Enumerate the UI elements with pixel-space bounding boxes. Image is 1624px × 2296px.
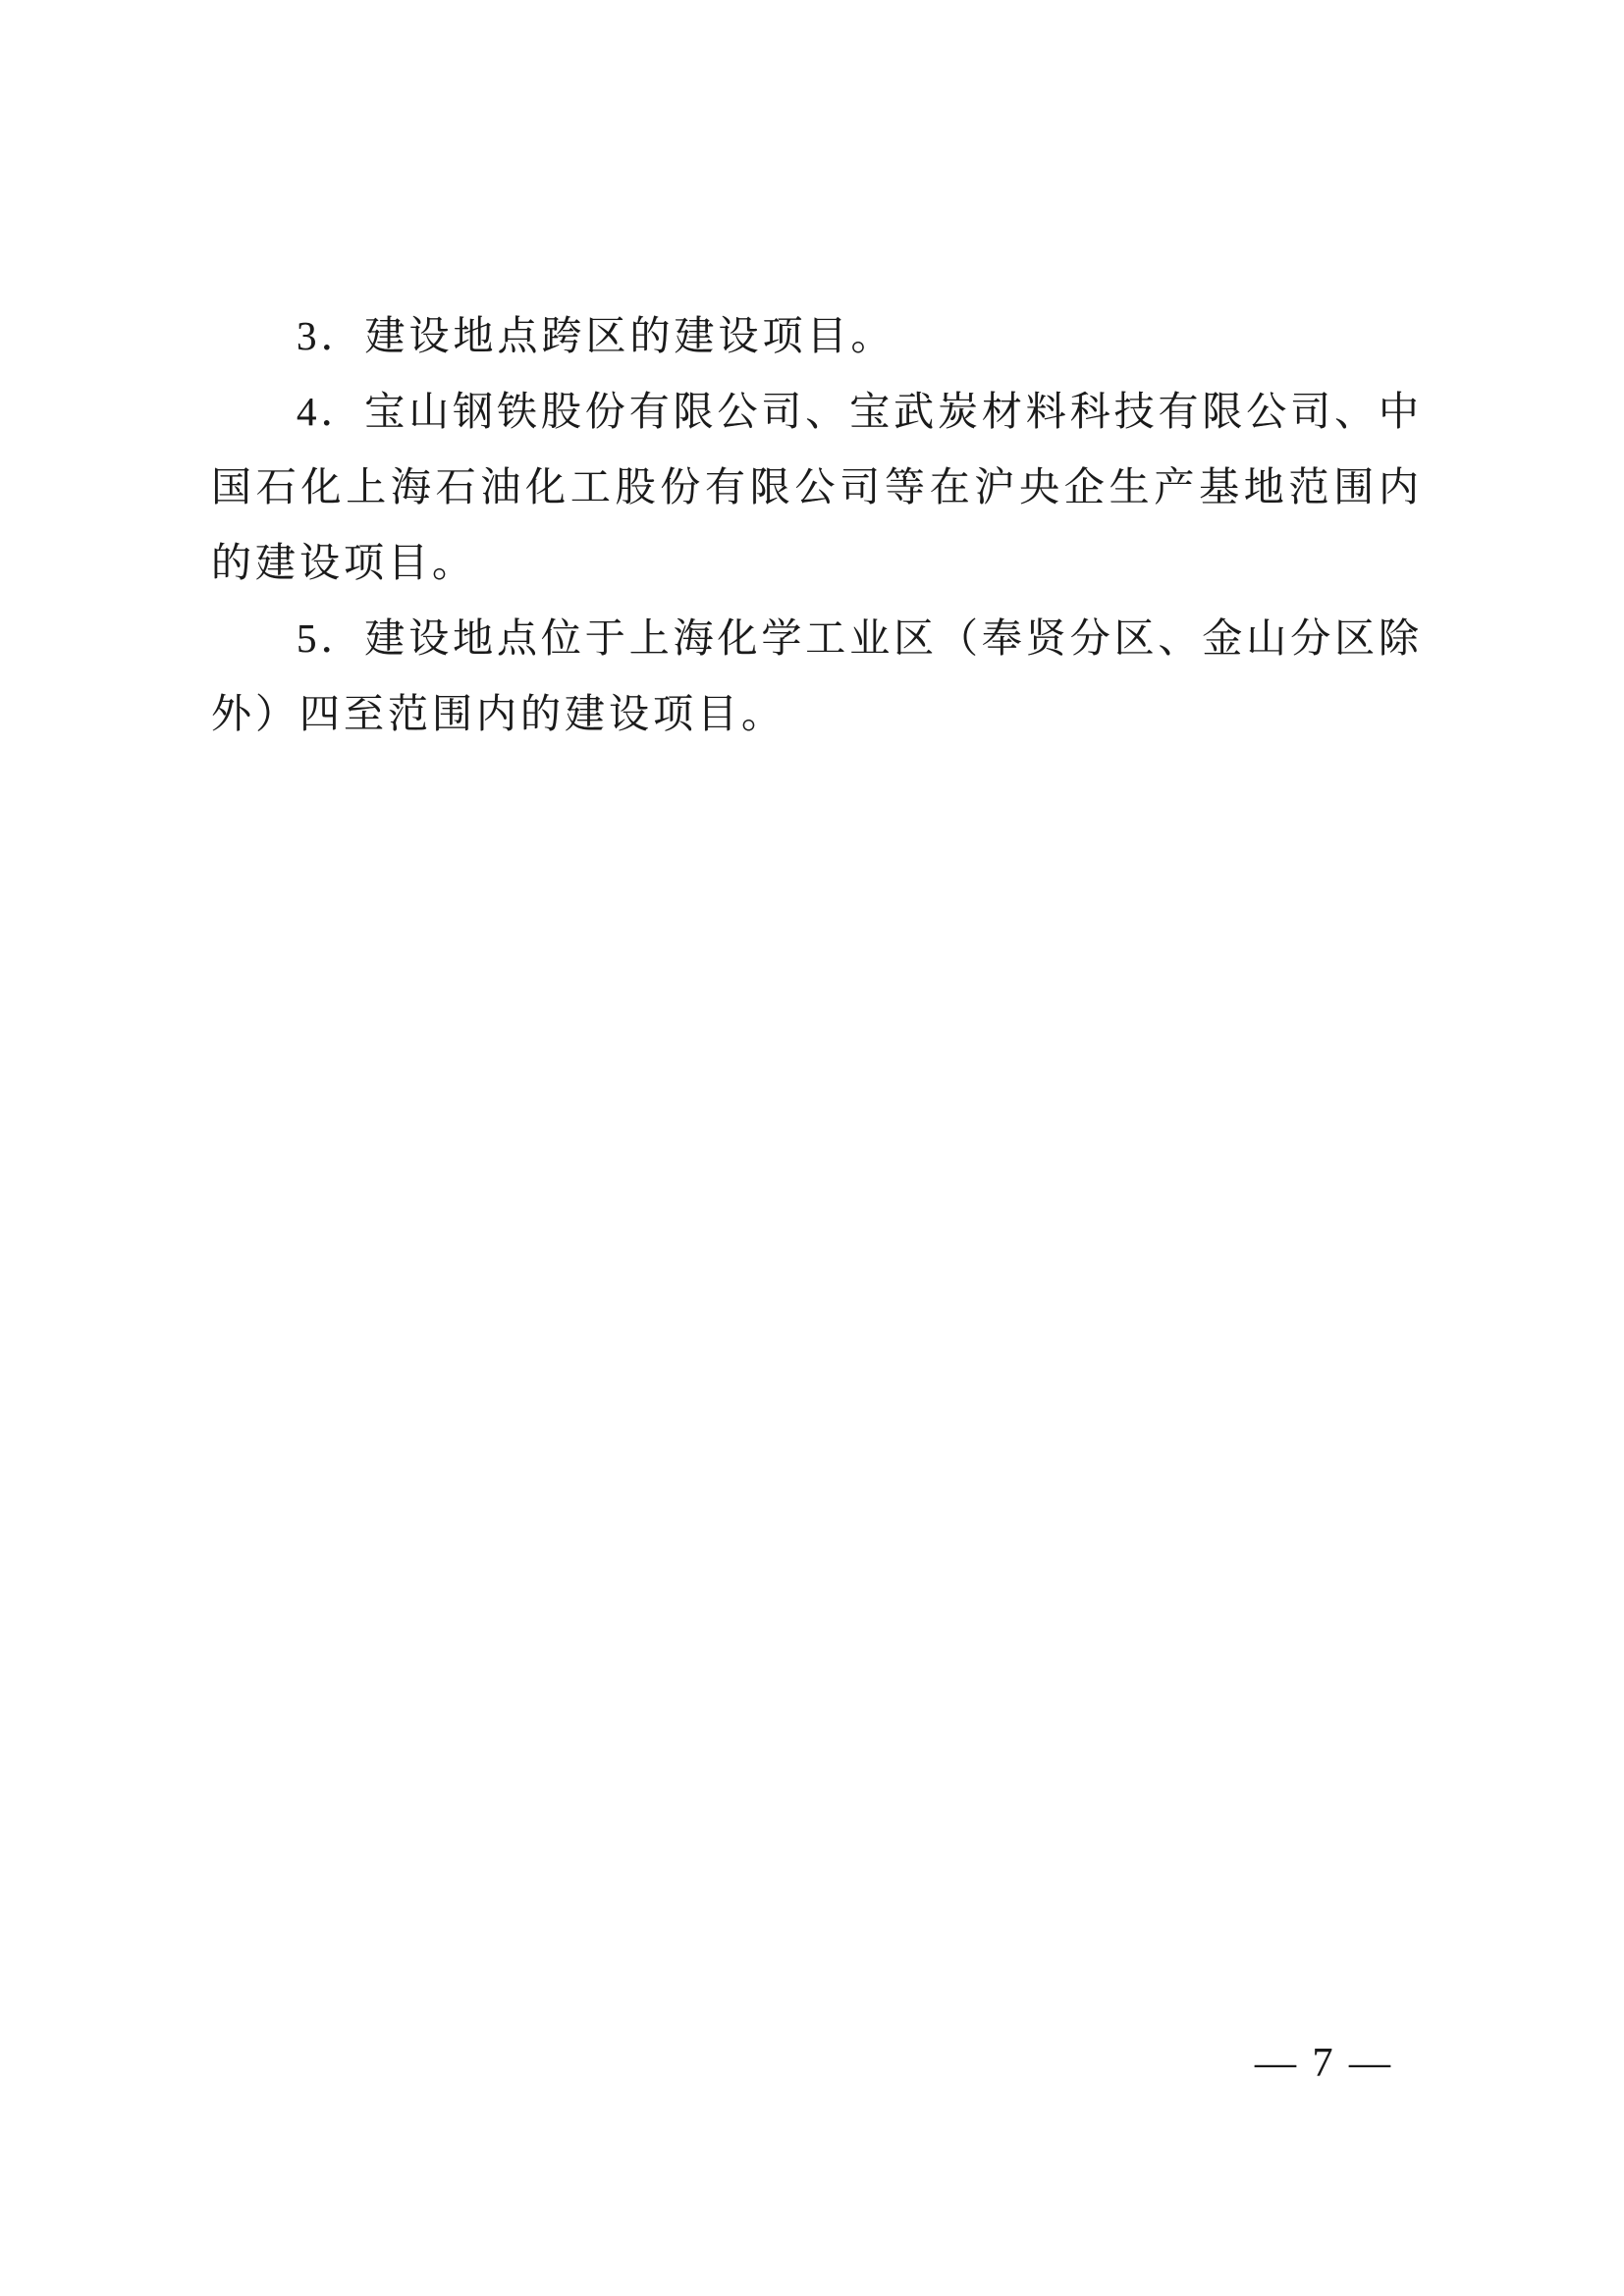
list-item-4-line-3: 的建设项目。 [211,525,1419,601]
document-body: 3．建设地点跨区的建设项目。 4．宝山钢铁股份有限公司、宝武炭材料科技有限公司、… [211,298,1419,752]
document-page: 3．建设地点跨区的建设项目。 4．宝山钢铁股份有限公司、宝武炭材料科技有限公司、… [0,0,1624,2296]
list-item-3-line-1: 3．建设地点跨区的建设项目。 [211,298,1419,374]
page-number: — 7 — [1255,2034,1412,2093]
list-item-5-line-1: 5．建设地点位于上海化学工业区（奉贤分区、金山分区除 [211,601,1419,676]
list-item-5-line-2: 外）四至范围内的建设项目。 [211,676,1419,752]
list-item-4-line-1: 4．宝山钢铁股份有限公司、宝武炭材料科技有限公司、中 [211,374,1419,450]
list-item-4-line-2: 国石化上海石油化工股份有限公司等在沪央企生产基地范围内 [211,450,1419,525]
